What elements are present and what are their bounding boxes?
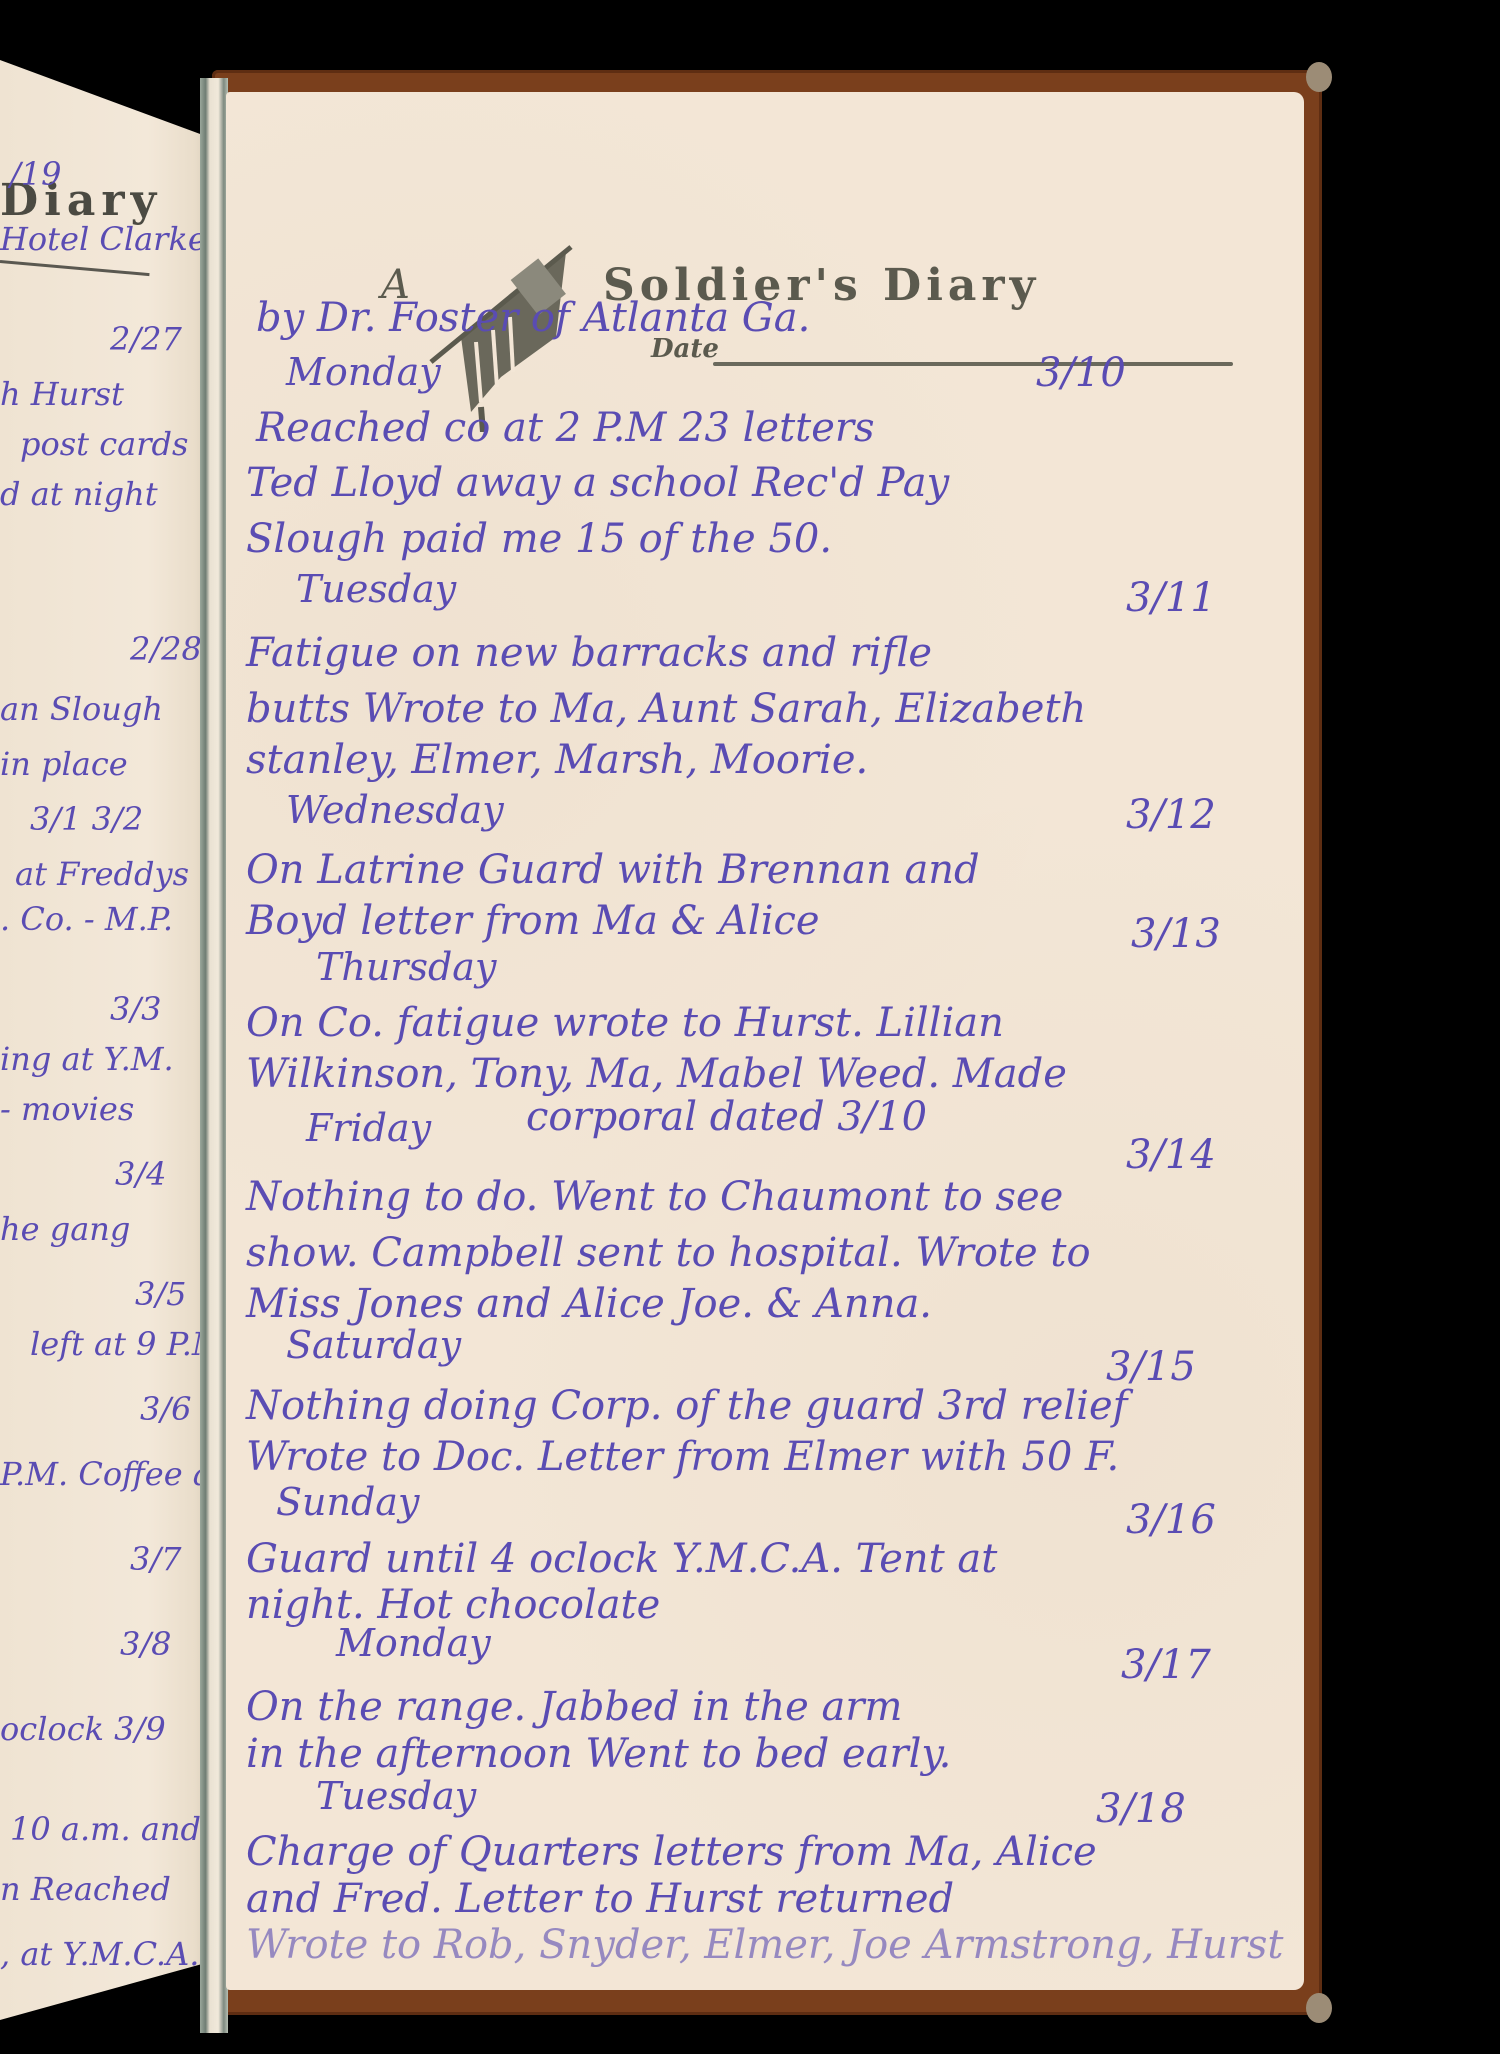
entry-text-line: by Dr. Foster of Atlanta Ga. [256,295,810,341]
entry-text-line: Wrote to Rob, Snyder, Elmer, Joe Armstro… [246,1922,1283,1968]
left-handwritten-line: h Hurst [0,375,124,413]
left-handwritten-line: oclock 3/9 [0,1710,166,1748]
entry-date: 3/13 [1131,911,1221,957]
left-handwritten-line: left at 9 P.M. [30,1325,212,1363]
left-handwritten-line: 2/28 [130,630,202,668]
date-line [713,362,1233,366]
cover-corner-bottom [1306,1993,1332,2023]
left-handwritten-line: d at night [0,475,158,513]
day-heading: Tuesday [316,1774,476,1818]
book-spine-gutter [200,78,228,2033]
left-handwritten-line: at Freddys [15,855,189,893]
left-handwritten-line: 3/8 [120,1625,172,1663]
left-handwritten-line: - movies [0,1090,134,1128]
entry-text-line: Nothing doing Corp. of the guard 3rd rel… [246,1383,1127,1429]
left-handwritten-line: 3/6 [140,1390,192,1428]
day-heading: Saturday [286,1323,461,1367]
day-heading: Sunday [276,1480,419,1524]
right-page: A Soldier's Diary Date by Dr. Foster of … [226,92,1304,1990]
entry-date: 3/10 [1036,350,1126,396]
entry-date: 3/11 [1126,575,1216,621]
entry-text-line: corporal dated 3/10 [526,1094,927,1140]
entry-text-line: Wrote to Doc. Letter from Elmer with 50 … [246,1434,1119,1480]
entry-text-line: Wilkinson, Tony, Ma, Mabel Weed. Made [246,1051,1067,1097]
entry-text-line: Charge of Quarters letters from Ma, Alic… [246,1829,1097,1875]
entry-date: 3/17 [1121,1642,1211,1688]
left-handwritten-line: 10 a.m. and [10,1810,201,1848]
left-handwritten-line: 3/4 [115,1155,167,1193]
entry-text-line: On Latrine Guard with Brennan and [246,847,980,893]
entry-text-line: Nothing to do. Went to Chaumont to see [246,1174,1063,1220]
left-handwritten-line: 3/3 [110,990,162,1028]
entry-text-line: show. Campbell sent to hospital. Wrote t… [246,1230,1091,1276]
left-handwritten-line: /19 [10,155,62,193]
entry-text-line: Ted Lloyd away a school Rec'd Pay [246,460,949,506]
entry-text-line: Slough paid me 15 of the 50. [246,516,832,562]
left-handwritten-line: n Reached [0,1870,171,1908]
day-heading: Wednesday [286,788,504,832]
entry-text-line: stanley, Elmer, Marsh, Moorie. [246,737,868,783]
left-handwritten-line: an Slough [0,690,163,728]
left-handwritten-line: . Co. - M.P. [0,900,173,938]
entry-date: 3/14 [1126,1132,1216,1178]
entry-text-line: On Co. fatigue wrote to Hurst. Lillian [246,1000,1004,1046]
entry-text-line: Miss Jones and Alice Joe. & Anna. [246,1281,932,1327]
entry-text-line: Boyd letter from Ma & Alice [246,898,820,944]
entry-date: 3/18 [1096,1786,1186,1832]
left-handwritten-line: , at Y.M.C.A. [0,1935,199,1973]
left-handwritten-line: 3/1 3/2 [30,800,143,838]
left-handwritten-line: Hotel Clarke [0,220,207,258]
entry-text-line: Fatigue on new barracks and rifle [246,630,932,676]
left-page: Diary /19Hotel Clarke2/27h Hurstpost car… [0,60,212,2020]
cover-corner-top [1306,62,1332,92]
left-handwritten-line: in place [0,745,128,783]
left-handwritten-line: post cards [20,425,188,463]
left-handwritten-line: 2/27 [110,320,182,358]
day-heading: Monday [286,350,441,394]
day-heading: Monday [336,1621,491,1665]
day-heading: Tuesday [296,567,456,611]
day-heading: Friday [306,1106,431,1150]
left-handwritten-line: he gang [0,1210,130,1248]
entry-text-line: butts Wrote to Ma, Aunt Sarah, Elizabeth [246,686,1086,732]
left-handwritten-line: ing at Y.M. [0,1040,174,1078]
day-heading: Thursday [316,945,496,989]
left-handwritten-line: P.M. Coffee at [0,1455,212,1493]
entry-text-line: and Fred. Letter to Hurst returned [246,1876,954,1922]
left-handwritten-line: 3/5 [135,1275,187,1313]
entry-text-line: On the range. Jabbed in the arm [246,1684,902,1730]
entry-text-line: in the afternoon Went to bed early. [246,1731,951,1777]
left-date-line [0,260,150,276]
entry-date: 3/12 [1126,792,1216,838]
entry-text-line: Reached co at 2 P.M 23 letters [256,405,875,451]
entry-date: 3/16 [1126,1497,1216,1543]
left-handwritten-line: 3/7 [130,1540,182,1578]
entry-text-line: Guard until 4 oclock Y.M.C.A. Tent at [246,1536,997,1582]
